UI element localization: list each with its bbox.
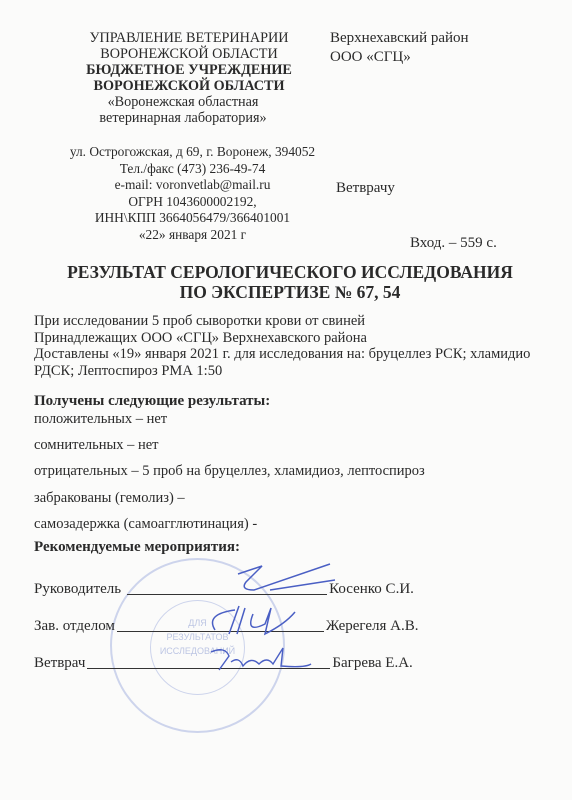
organization-contacts: ул. Острогожская, д 69, г. Воронеж, 3940… xyxy=(45,144,340,243)
org-line: БЮДЖЕТНОЕ УЧРЕЖДЕНИЕ xyxy=(55,62,323,78)
org-line: ВОРОНЕЖСКОЙ ОБЛАСТИ xyxy=(55,46,323,62)
ogrn: ОГРН 1043600002192, xyxy=(45,194,340,211)
intro-paragraph: При исследовании 5 проб сыворотки крови … xyxy=(34,313,564,379)
result-doubtful: сомнительных – нет xyxy=(34,437,159,454)
phone: Тел./факс (473) 236-49-74 xyxy=(45,161,340,178)
org-line: УПРАВЛЕНИЕ ВЕТЕРИНАРИИ xyxy=(55,30,323,46)
signature-role: Руководитель xyxy=(34,581,121,598)
title-line-2: ПО ЭКСПЕРТИЗЕ № 67, 54 xyxy=(20,282,560,302)
org-line: ветеринарная лаборатория» xyxy=(43,110,323,126)
recipient-district: Верхнехавский район xyxy=(330,29,469,48)
signature-role: Ветврач xyxy=(34,655,85,672)
result-negative: отрицательных – 5 проб на бруцеллез, хла… xyxy=(34,463,425,480)
signature-name: Косенко С.И. xyxy=(329,581,414,598)
title-line-1: РЕЗУЛЬТАТ СЕРОЛОГИЧЕСКОГО ИССЛЕДОВАНИЯ xyxy=(20,262,560,282)
signature-scribble-head xyxy=(210,560,340,605)
result-self-agglutination: самозадержка (самоагглютинация) - xyxy=(34,516,257,533)
intro-line: При исследовании 5 проб сыворотки крови … xyxy=(34,313,564,330)
addressee: Ветврачу xyxy=(336,180,395,197)
recommendations-heading: Рекомендуемые мероприятия: xyxy=(34,539,240,556)
result-rejected: забракованы (гемолиз) – xyxy=(34,490,185,507)
signature-name: Багрева Е.А. xyxy=(332,655,412,672)
document-title: РЕЗУЛЬТАТ СЕРОЛОГИЧЕСКОГО ИССЛЕДОВАНИЯ П… xyxy=(20,262,560,302)
email: e-mail: voronvetlab@mail.ru xyxy=(45,177,340,194)
address: ул. Острогожская, д 69, г. Воронеж, 3940… xyxy=(45,144,340,161)
signature-name: Жерегеля А.В. xyxy=(326,618,419,635)
org-line: «Воронежская областная xyxy=(43,94,323,110)
org-line: ВОРОНЕЖСКОЙ ОБЛАСТИ xyxy=(55,78,323,94)
recipient-company: ООО «СГЦ» xyxy=(330,48,469,67)
recipient-block: Верхнехавский район ООО «СГЦ» xyxy=(330,29,469,67)
incoming-number: Вход. – 559 с. xyxy=(410,235,497,252)
result-positive: положительных – нет xyxy=(34,411,167,428)
organization-header: УПРАВЛЕНИЕ ВЕТЕРИНАРИИ ВОРОНЕЖСКОЙ ОБЛАС… xyxy=(55,30,323,126)
signature-scribble-vet xyxy=(205,642,315,676)
document-date: «22» января 2021 г xyxy=(45,227,340,244)
signature-role: Зав. отделом xyxy=(34,618,115,635)
intro-line: РДСК; Лептоспироз РМА 1:50 xyxy=(34,363,564,380)
signature-scribble-department xyxy=(195,600,305,640)
results-heading: Получены следующие результаты: xyxy=(34,393,270,410)
intro-line: Принадлежащих ООО «СГЦ» Верхнехавского р… xyxy=(34,330,564,347)
intro-line: Доставлены «19» января 2021 г. для иссле… xyxy=(34,346,564,363)
inn-kpp: ИНН\КПП 3664056479/366401001 xyxy=(45,210,340,227)
